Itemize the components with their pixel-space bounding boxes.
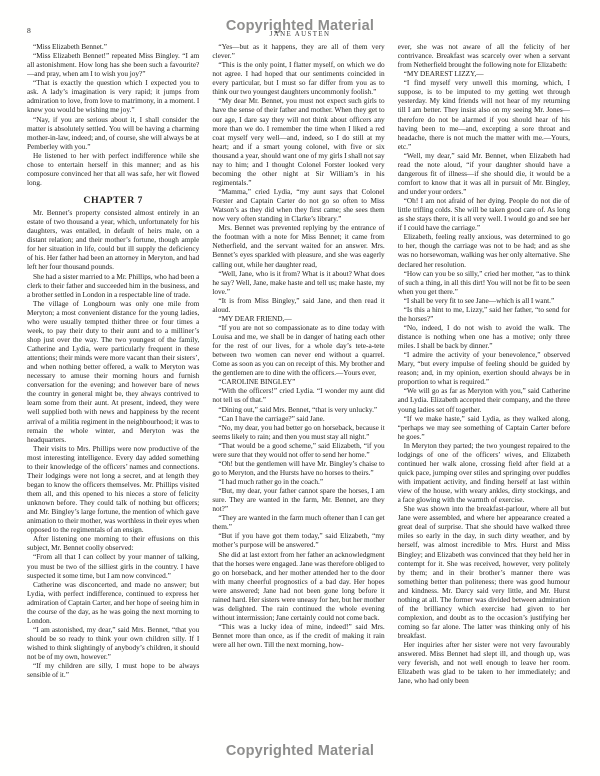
paragraph: “I shall be very fit to see Jane—which i… <box>398 296 570 305</box>
paragraph: “With the officers!” cried Lydia. “I won… <box>212 386 384 404</box>
paragraph: Their visits to Mrs. Phillips were now p… <box>27 444 199 535</box>
paragraph: “Well, Jane, who is it from? What is it … <box>212 269 384 296</box>
paragraph: “It is from Miss Bingley,” said Jane, an… <box>212 296 384 314</box>
paragraph: “No, my dear, you had better go on horse… <box>212 423 384 441</box>
paragraph: “No, indeed, I do not wish to avoid the … <box>398 323 570 350</box>
paragraph: “I find myself very unwell this morning,… <box>398 78 570 151</box>
paragraph: “Yes—but as it happens, they are all of … <box>212 42 384 60</box>
text-column-2: “Yes—but as it happens, they are all of … <box>212 42 384 750</box>
book-page: 8 Copyrighted Material JANE AUSTEN “Miss… <box>0 0 600 776</box>
chapter-heading: CHAPTER 7 <box>27 187 199 208</box>
text-column-3: ever, she was not aware of all the felic… <box>398 42 570 750</box>
text-column-1: “Miss Elizabeth Bennet.”“Miss Elizabeth … <box>27 42 199 750</box>
paragraph: He listened to her with perfect indiffer… <box>27 151 199 187</box>
paragraph: Her inquiries after her sister were not … <box>398 640 570 685</box>
paragraph: “MY DEAR FRIEND,— <box>212 314 384 323</box>
paragraph: “We will go as far as Meryton with you,”… <box>398 386 570 413</box>
running-head: JANE AUSTEN <box>0 31 600 38</box>
paragraph: “This was a lucky idea of mine, indeed!”… <box>212 622 384 649</box>
paragraph: “Can I have the carriage?” said Jane. <box>212 414 384 423</box>
paragraph: “I had much rather go in the coach.” <box>212 477 384 486</box>
paragraph: “From all that I can collect by your man… <box>27 552 199 579</box>
paragraph: “But if you have got them today,” said E… <box>212 531 384 549</box>
paragraph: In Meryton they parted; the two youngest… <box>398 441 570 504</box>
paragraph: “CAROLINE BINGLEY” <box>212 377 384 386</box>
paragraph: “Well, my dear,” said Mr. Bennet, when E… <box>398 151 570 196</box>
paragraph: “My dear Mr. Bennet, you must not expect… <box>212 96 384 187</box>
paragraph: She had a sister married to a Mr. Philli… <box>27 272 199 299</box>
paragraph: “This is the only point, I flatter mysel… <box>212 60 384 96</box>
paragraph: “That is exactly the question which I ex… <box>27 78 199 114</box>
paragraph: “But, my dear, your father cannot spare … <box>212 486 384 513</box>
paragraph: “I am astonished, my dear,” said Mrs. Be… <box>27 625 199 661</box>
paragraph: Catherine was disconcerted, and made no … <box>27 580 199 625</box>
paragraph: “Is this a hint to me, Lizzy,” said her … <box>398 305 570 323</box>
paragraph: “If my children are silly, I must hope t… <box>27 661 199 679</box>
paragraph: “How can you be so silly,” cried her mot… <box>398 269 570 296</box>
paragraph: “Miss Elizabeth Bennet!” repeated Miss B… <box>27 51 199 78</box>
text-columns: “Miss Elizabeth Bennet.”“Miss Elizabeth … <box>27 42 570 750</box>
paragraph: “Oh! but the gentlemen will have Mr. Bin… <box>212 459 384 477</box>
paragraph: “Miss Elizabeth Bennet.” <box>27 42 199 51</box>
paragraph: “Oh! I am not afraid of her dying. Peopl… <box>398 196 570 232</box>
paragraph: “Nay, if you are serious about it, I sha… <box>27 115 199 151</box>
paragraph: “If we make haste,” said Lydia, as they … <box>398 414 570 441</box>
paragraph: Mr. Bennet’s property consisted almost e… <box>27 208 199 271</box>
paragraph: Elizabeth, feeling really anxious, was d… <box>398 232 570 268</box>
paragraph: After listening one morning to their eff… <box>27 534 199 552</box>
paragraph: “I admire the activity of your benevolen… <box>398 350 570 386</box>
paragraph: “They are wanted in the farm much oftene… <box>212 513 384 531</box>
paragraph: The village of Longbourn was only one mi… <box>27 299 199 444</box>
paragraph: ever, she was not aware of all the felic… <box>398 42 570 69</box>
paragraph: “That would be a good scheme,” said Eliz… <box>212 441 384 459</box>
paragraph: She did at last extort from her father a… <box>212 550 384 623</box>
paragraph: “MY DEAREST LIZZY,— <box>398 69 570 78</box>
paragraph: “Mamma,” cried Lydia, “my aunt says that… <box>212 187 384 223</box>
paragraph: She was shown into the breakfast-parlour… <box>398 504 570 640</box>
paragraph: “Dining out,” said Mrs. Bennet, “that is… <box>212 405 384 414</box>
paragraph: Mrs. Bennet was prevented replying by th… <box>212 223 384 268</box>
paragraph: “If you are not so compassionate as to d… <box>212 323 384 377</box>
